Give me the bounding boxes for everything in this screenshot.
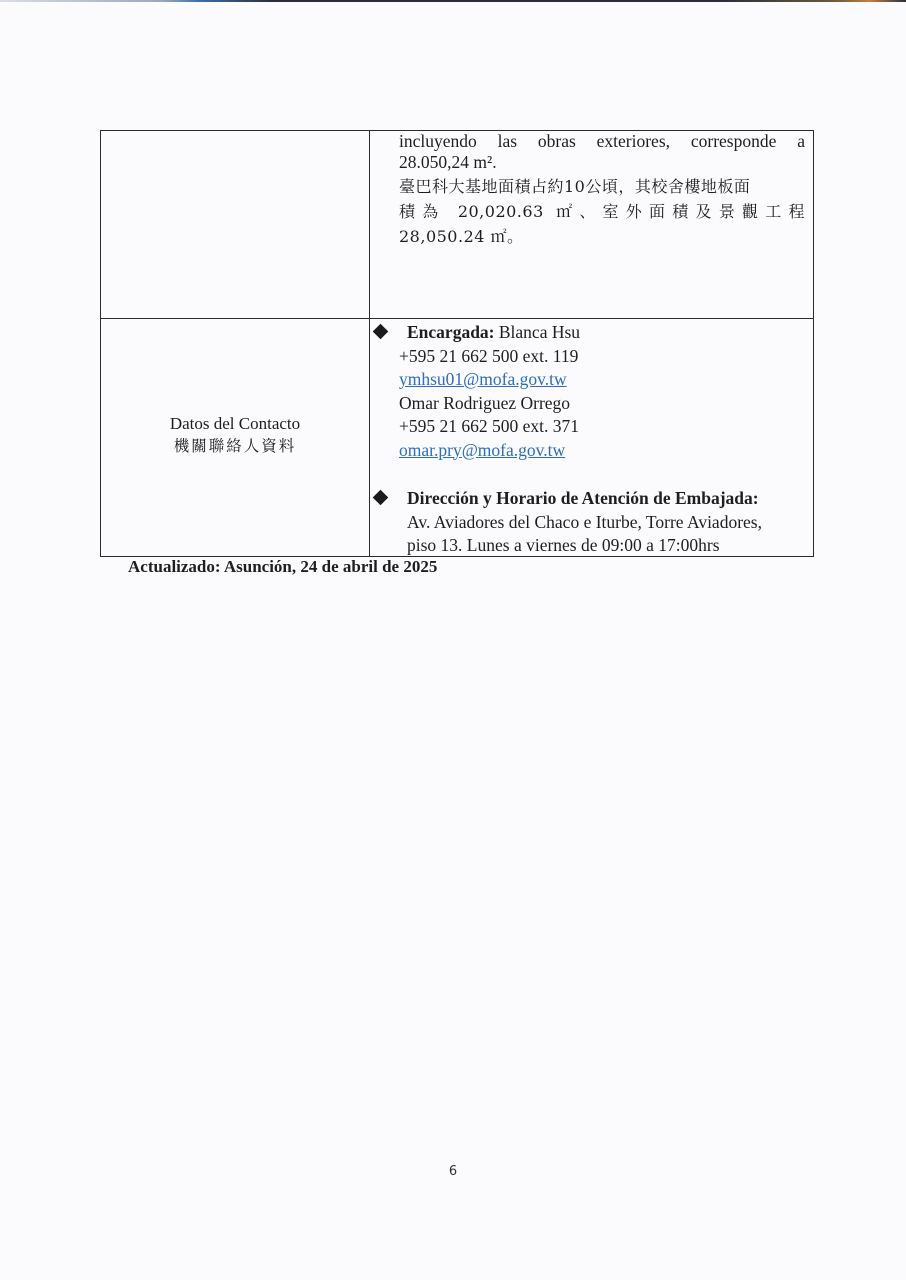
contact-heading-line: Encargada: Blanca Hsu xyxy=(399,321,805,345)
contact-label-zh: 機關聯絡人資料 xyxy=(101,435,369,457)
contact-data-label: Datos del Contacto 機關聯絡人資料 xyxy=(101,413,369,457)
contact-name-2: Omar Rodriguez Orrego xyxy=(399,392,805,416)
contact-phone-2: +595 21 662 500 ext. 371 xyxy=(399,415,805,439)
address-heading: Dirección y Horario de Atención de Embaj… xyxy=(407,487,805,511)
area-description-cell: incluyendo las obras exteriores, corresp… xyxy=(399,131,805,247)
address-bullet: Dirección y Horario de Atención de Embaj… xyxy=(375,487,805,558)
contact-email-1[interactable]: ymhsu01@mofa.gov.tw xyxy=(399,369,567,389)
row-divider xyxy=(101,318,813,319)
column-divider xyxy=(369,131,370,556)
area-text-zh-line1: 臺巴科大基地面積占約10公頃，其校舍樓地板面 xyxy=(399,176,805,197)
diamond-bullet-icon xyxy=(373,324,389,340)
page-number: 6 xyxy=(0,1164,906,1179)
diamond-bullet-icon xyxy=(373,490,389,506)
contact-label-es: Datos del Contacto xyxy=(101,413,369,435)
scan-top-edge xyxy=(0,0,906,2)
area-text-es-line1: incluyendo las obras exteriores, corresp… xyxy=(399,131,805,152)
area-text-zh-line2: 積為 20,020.63 ㎡、室外面積及景觀工程 xyxy=(399,201,805,222)
contact-bullet: Encargada: Blanca Hsu +595 21 662 500 ex… xyxy=(375,321,805,462)
contact-name: Blanca Hsu xyxy=(499,322,580,342)
updated-date: Actualizado: Asunción, 24 de abril de 20… xyxy=(128,557,437,577)
info-table: incluyendo las obras exteriores, corresp… xyxy=(100,130,814,557)
area-text-zh-line3: 28,050.24 ㎡。 xyxy=(399,226,805,247)
contact-email-2[interactable]: omar.pry@mofa.gov.tw xyxy=(399,440,565,460)
address-line-1: Av. Aviadores del Chaco e Iturbe, Torre … xyxy=(407,511,805,535)
contact-phone-1: +595 21 662 500 ext. 119 xyxy=(399,345,805,369)
contact-heading: Encargada: xyxy=(407,322,495,342)
address-line-2: piso 13. Lunes a viernes de 09:00 a 17:0… xyxy=(407,534,805,558)
area-text-es-line2: 28.050,24 m². xyxy=(399,152,805,173)
area-value-es: 28.050,24 m². xyxy=(399,152,497,172)
